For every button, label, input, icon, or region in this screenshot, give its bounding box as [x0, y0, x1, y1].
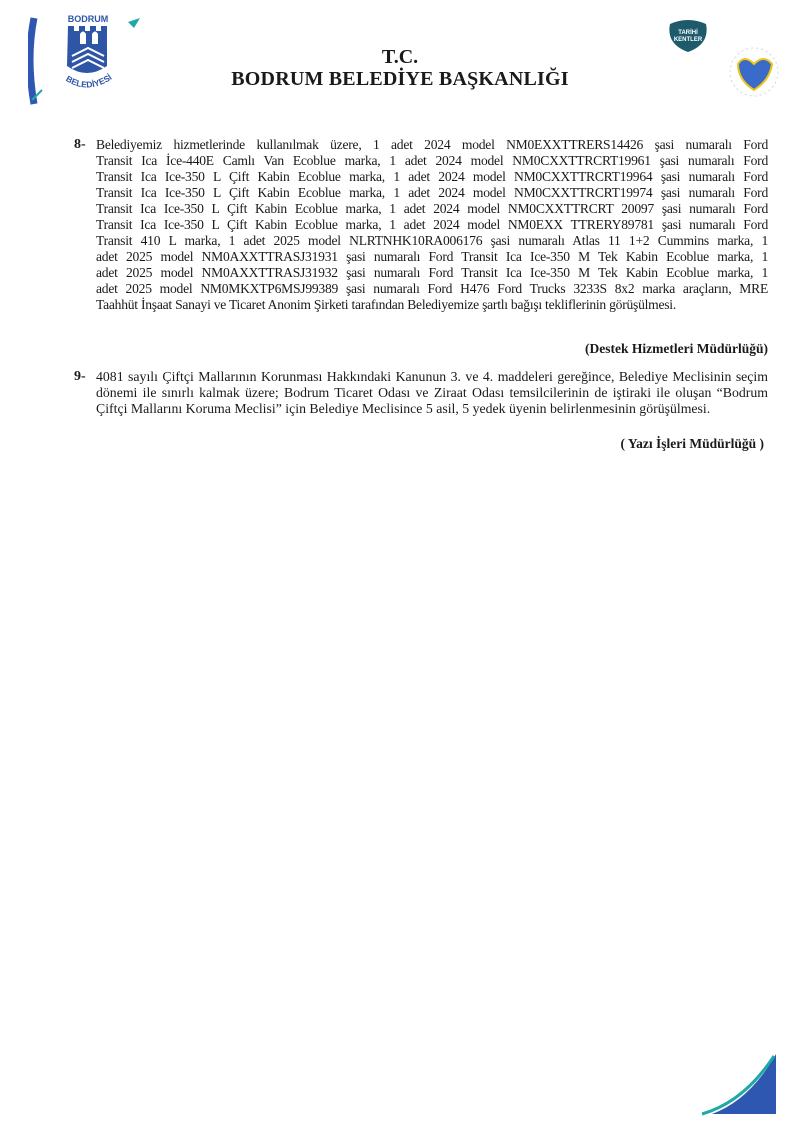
text-line: Transit Ica Ice-350 L Çift Kabin Ecoblue… — [96, 201, 768, 217]
document-header: T.C. BODRUM BELEDİYE BAŞKANLIĞI — [0, 46, 800, 90]
text-line: Taahhüt İnşaat Sanayi ve Ticaret Anonim … — [96, 297, 768, 313]
text-line: Transit Ica Ice-350 L Çift Kabin Ecoblue… — [96, 185, 768, 201]
department-label: (Destek Hizmetleri Müdürlüğü) — [585, 341, 768, 357]
text-line: adet 2025 model NM0AXXTTRASJ31932 şasi n… — [96, 265, 768, 281]
text-line: Transit Ica İce-440E Camlı Van Ecoblue m… — [96, 153, 768, 169]
svg-text:TARİHİ: TARİHİ — [678, 29, 698, 36]
text-line: Transit Ica Ice-350 L Çift Kabin Ecoblue… — [96, 217, 768, 233]
header-title: BODRUM BELEDİYE BAŞKANLIĞI — [0, 68, 800, 90]
agenda-item-text: 4081 sayılı Çiftçi Mallarının Korunması … — [96, 369, 768, 417]
corner-decoration — [700, 1050, 780, 1118]
agenda-item-8: 8- Belediyemiz hizmetlerinde kullanılmak… — [74, 137, 768, 313]
agenda-item-9: 9- 4081 sayılı Çiftçi Mallarının Korunma… — [74, 369, 768, 417]
corner-wave-icon — [700, 1050, 780, 1118]
svg-text:KENTLER: KENTLER — [674, 37, 703, 43]
header-tc: T.C. — [0, 46, 800, 68]
agenda-item-text: Belediyemiz hizmetlerinde kullanılmak üz… — [96, 137, 768, 313]
agenda-item-number: 8- — [74, 137, 86, 153]
agenda-item-number: 9- — [74, 369, 86, 385]
text-line: Transit 410 L marka, 1 adet 2025 model N… — [96, 233, 768, 249]
text-line: Transit Ica Ice-350 L Çift Kabin Ecoblue… — [96, 169, 768, 185]
svg-text:BODRUM: BODRUM — [68, 14, 109, 24]
text-line: adet 2025 model NM0AXXTTRASJ31931 şasi n… — [96, 249, 768, 265]
text-line: Belediyemiz hizmetlerinde kullanılmak üz… — [96, 137, 768, 153]
text-line: adet 2025 model NM0MKXTP6MSJ99389 şasi n… — [96, 281, 768, 297]
department-label: ( Yazı İşleri Müdürlüğü ) — [620, 436, 764, 452]
